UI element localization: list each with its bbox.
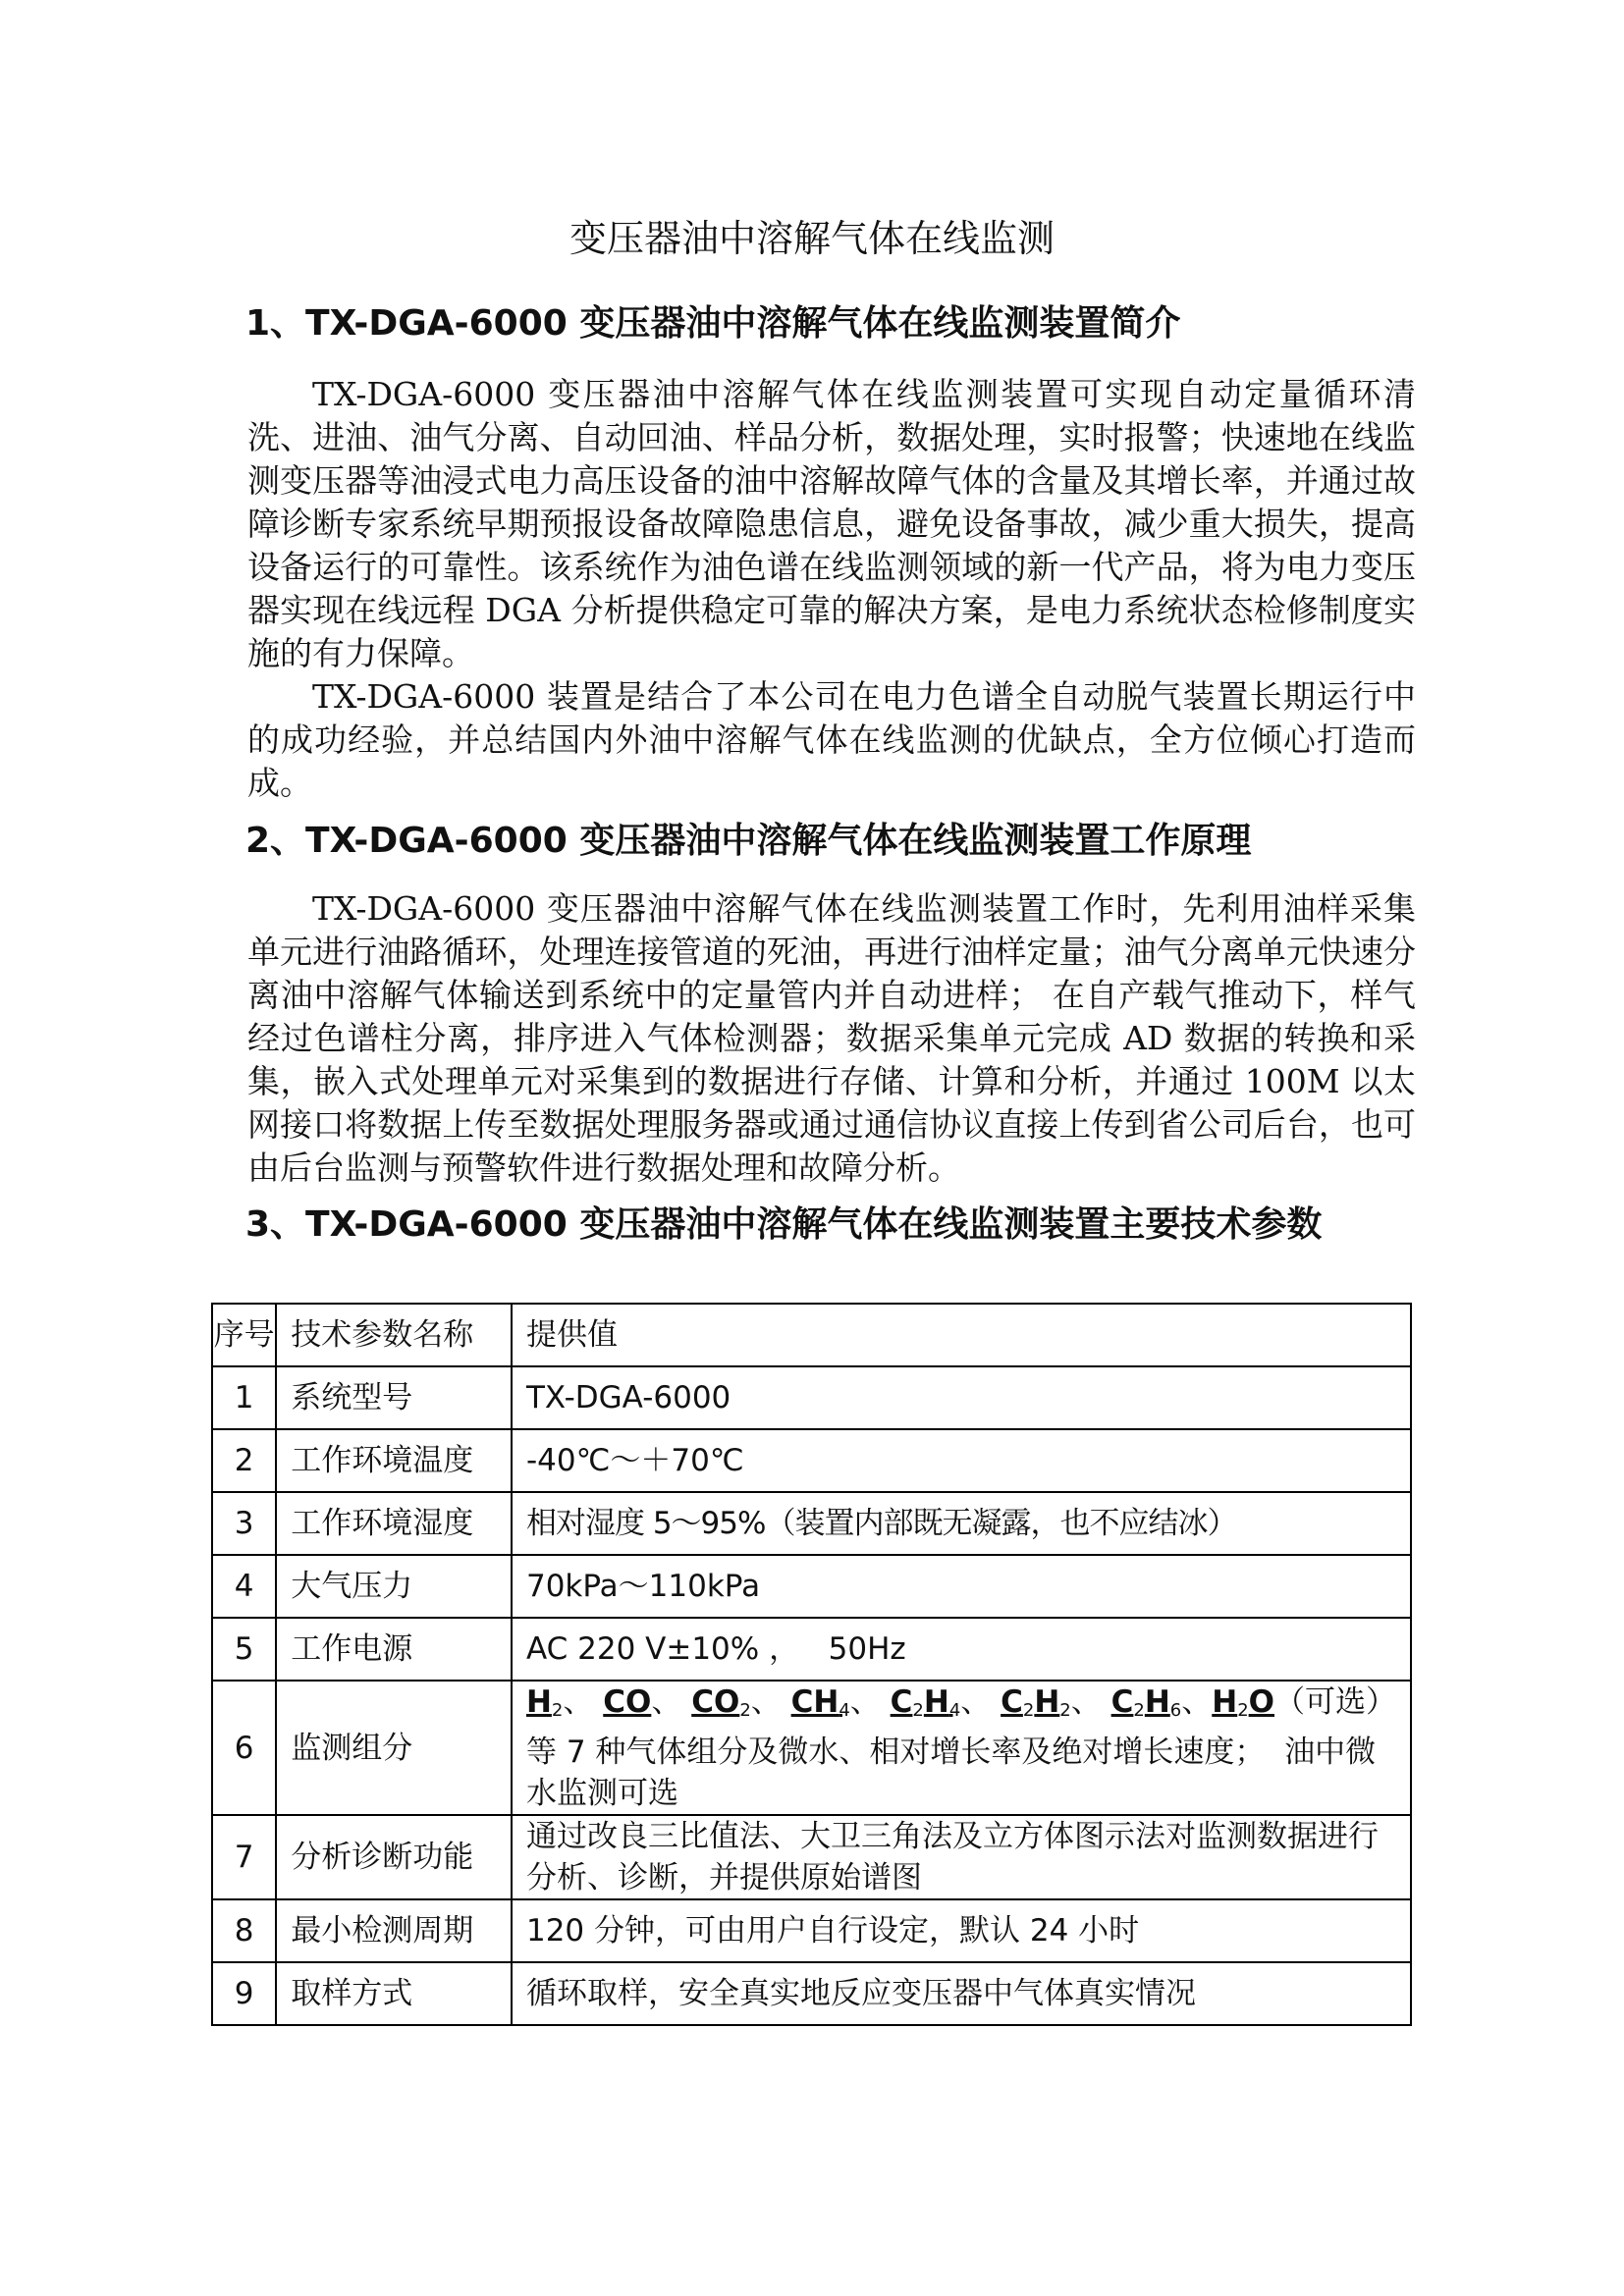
row-no: 4 <box>212 1555 276 1618</box>
document-page: 变压器油中溶解气体在线监测 1、TX-DGA-6000 变压器油中溶解气体在线监… <box>0 0 1624 2296</box>
row-param-name: 分析诊断功能 <box>276 1815 512 1899</box>
row-param-name: 大气压力 <box>276 1555 512 1618</box>
row-value-gases: H2、 CO、 CO2、 CH4、 C2H4、 C2H2、 C2H6、H2O（可… <box>512 1681 1411 1815</box>
row-value: 循环取样，安全真实地反应变压器中气体真实情况 <box>512 1962 1411 2025</box>
header-param-name: 技术参数名称 <box>276 1304 512 1366</box>
gas-c2h6: C2H6 <box>1111 1684 1182 1720</box>
gas-c2h4: C2H4 <box>891 1684 961 1720</box>
row-no: 3 <box>212 1492 276 1555</box>
table-row: 3 工作环境湿度 相对湿度 5～95%（装置内部既无凝露，也不应结冰） <box>212 1492 1411 1555</box>
row-param-name: 工作电源 <box>276 1618 512 1681</box>
gas-co: CO <box>603 1684 651 1720</box>
row-no: 2 <box>212 1429 276 1492</box>
table-row: 9 取样方式 循环取样，安全真实地反应变压器中气体真实情况 <box>212 1962 1411 2025</box>
row-no: 7 <box>212 1815 276 1899</box>
gas-description: 等 7 种气体组分及微水、相对增长率及绝对增长速度； 油中微水监测可选 <box>526 1732 1396 1814</box>
row-value: 120 分钟，可由用户自行设定，默认 24 小时 <box>512 1899 1411 1962</box>
table-row: 1 系统型号 TX-DGA-6000 <box>212 1366 1411 1429</box>
row-param-name: 取样方式 <box>276 1962 512 2025</box>
row-no: 6 <box>212 1681 276 1815</box>
section-1-paragraph-1: TX-DGA-6000 变压器油中溶解气体在线监测装置可实现自动定量循环清洗、进… <box>247 373 1416 675</box>
gas-h2: H2 <box>526 1684 563 1720</box>
gas-h2o: H2O <box>1212 1684 1274 1720</box>
row-param-name: 最小检测周期 <box>276 1899 512 1962</box>
row-value: 70kPa～110kPa <box>512 1555 1411 1618</box>
table-row: 7 分析诊断功能 通过改良三比值法、大卫三角法及立方体图示法对监测数据进行分析、… <box>212 1815 1411 1899</box>
optional-note: （可选） <box>1274 1684 1396 1720</box>
gas-formula-list: H2、 CO、 CO2、 CH4、 C2H4、 C2H2、 C2H6、H2O（可… <box>526 1682 1396 1732</box>
table-row: 2 工作环境温度 -40℃～＋70℃ <box>212 1429 1411 1492</box>
row-no: 8 <box>212 1899 276 1962</box>
row-value: 相对湿度 5～95%（装置内部既无凝露，也不应结冰） <box>512 1492 1411 1555</box>
row-no: 5 <box>212 1618 276 1681</box>
section-2-heading: 2、TX-DGA-6000 变压器油中溶解气体在线监测装置工作原理 <box>245 818 1424 865</box>
row-param-name: 系统型号 <box>276 1366 512 1429</box>
row-no: 1 <box>212 1366 276 1429</box>
gas-c2h2: C2H2 <box>1001 1684 1071 1720</box>
gas-co2: CO2 <box>691 1684 751 1720</box>
technical-parameters-table: 序号 技术参数名称 提供值 1 系统型号 TX-DGA-6000 2 工作环境温… <box>211 1303 1412 2026</box>
gas-ch4: CH4 <box>791 1684 850 1720</box>
document-title: 变压器油中溶解气体在线监测 <box>0 214 1624 263</box>
table-row: 8 最小检测周期 120 分钟，可由用户自行设定，默认 24 小时 <box>212 1899 1411 1962</box>
section-1-paragraph-2: TX-DGA-6000 装置是结合了本公司在电力色谱全自动脱气装置长期运行中的成… <box>247 675 1416 805</box>
row-value: 通过改良三比值法、大卫三角法及立方体图示法对监测数据进行分析、诊断，并提供原始谱… <box>512 1815 1411 1899</box>
row-param-name: 工作环境温度 <box>276 1429 512 1492</box>
row-value: AC 220 V±10% ， 50Hz <box>512 1618 1411 1681</box>
table-row: 6 监测组分 H2、 CO、 CO2、 CH4、 C2H4、 C2H2、 C2H… <box>212 1681 1411 1815</box>
section-2-paragraph-1: TX-DGA-6000 变压器油中溶解气体在线监测装置工作时，先利用油样采集单元… <box>247 887 1416 1190</box>
table-row: 4 大气压力 70kPa～110kPa <box>212 1555 1411 1618</box>
header-no: 序号 <box>212 1304 276 1366</box>
section-3-heading: 3、TX-DGA-6000 变压器油中溶解气体在线监测装置主要技术参数 <box>245 1201 1424 1249</box>
table-header-row: 序号 技术参数名称 提供值 <box>212 1304 1411 1366</box>
row-param-name: 工作环境湿度 <box>276 1492 512 1555</box>
header-value: 提供值 <box>512 1304 1411 1366</box>
section-1-heading: 1、TX-DGA-6000 变压器油中溶解气体在线监测装置简介 <box>245 300 1424 347</box>
row-param-name: 监测组分 <box>276 1681 512 1815</box>
row-no: 9 <box>212 1962 276 2025</box>
row-value: TX-DGA-6000 <box>512 1366 1411 1429</box>
row-value: -40℃～＋70℃ <box>512 1429 1411 1492</box>
table-row: 5 工作电源 AC 220 V±10% ， 50Hz <box>212 1618 1411 1681</box>
